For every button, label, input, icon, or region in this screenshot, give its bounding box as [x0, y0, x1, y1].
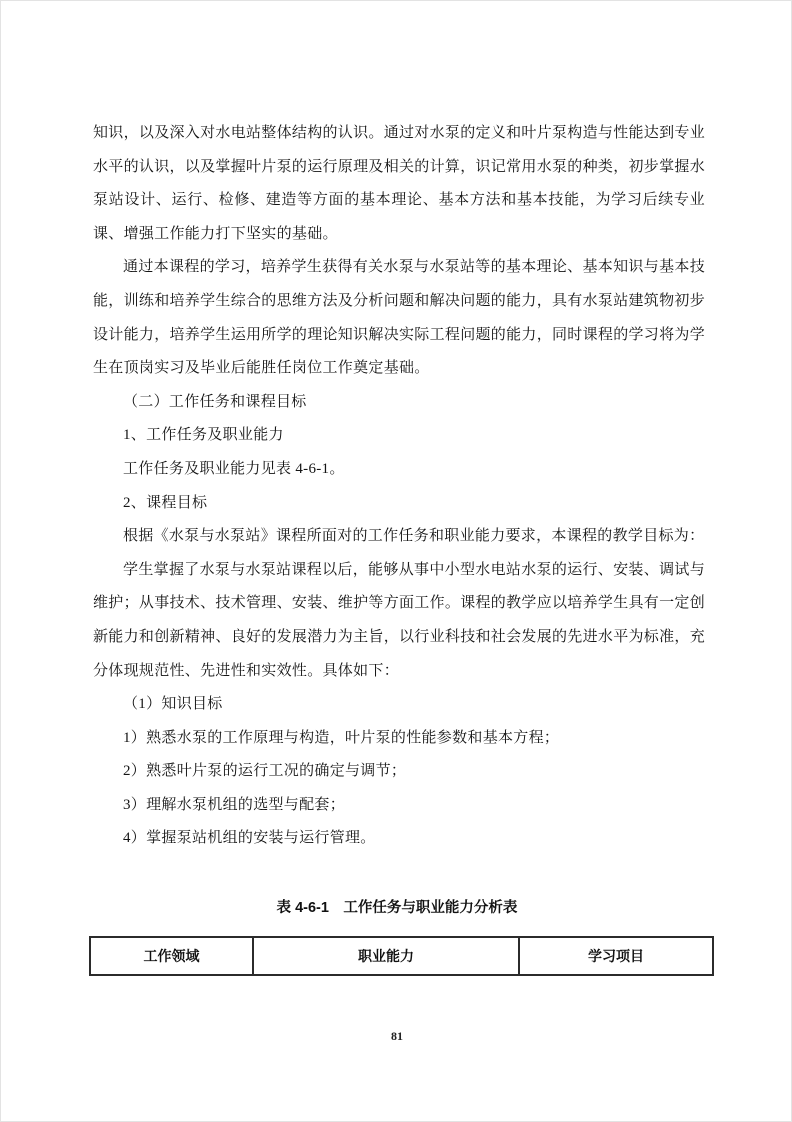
heading-knowledge-goals: （1）知识目标: [93, 688, 705, 722]
table-header-work-domain: 工作领域: [90, 937, 253, 975]
page-number: 81: [1, 1029, 792, 1044]
paragraph-course-aims: 通过本课程的学习，培养学生获得有关水泵与水泵站等的基本理论、基本知识与基本技能，…: [93, 251, 705, 385]
paragraph-goal-detail: 学生掌握了水泵与水泵站课程以后，能够从事中小型水电站水泵的运行、安装、调试与维护…: [93, 554, 705, 688]
list-item-2: 2）熟悉叶片泵的运行工况的确定与调节；: [93, 755, 705, 789]
analysis-table: 工作领域 职业能力 学习项目: [89, 936, 714, 976]
table-header-row: 工作领域 职业能力 学习项目: [90, 937, 713, 975]
heading-work-tasks: 1、工作任务及职业能力: [93, 419, 705, 453]
table-header-vocational-ability: 职业能力: [253, 937, 519, 975]
heading-course-goals: 2、课程目标: [93, 487, 705, 521]
paragraph-see-table: 工作任务及职业能力见表 4-6-1。: [93, 453, 705, 487]
heading-section-2: （二）工作任务和课程目标: [93, 386, 705, 420]
table-header-learning-project: 学习项目: [519, 937, 713, 975]
body-text: 知识，以及深入对水电站整体结构的认识。通过对水泵的定义和叶片泵构造与性能达到专业…: [93, 117, 705, 856]
paragraph-goal-intro: 根据《水泵与水泵站》课程所面对的工作任务和职业能力要求，本课程的教学目标为：: [93, 520, 705, 554]
list-item-3: 3）理解水泵机组的选型与配套；: [93, 789, 705, 823]
paragraph-continuation: 知识，以及深入对水电站整体结构的认识。通过对水泵的定义和叶片泵构造与性能达到专业…: [93, 117, 705, 251]
document-page: 知识，以及深入对水电站整体结构的认识。通过对水泵的定义和叶片泵构造与性能达到专业…: [0, 0, 792, 1122]
table-caption: 表 4-6-1 工作任务与职业能力分析表: [1, 896, 792, 917]
list-item-1: 1）熟悉水泵的工作原理与构造，叶片泵的性能参数和基本方程；: [93, 722, 705, 756]
list-item-4: 4）掌握泵站机组的安装与运行管理。: [93, 822, 705, 856]
